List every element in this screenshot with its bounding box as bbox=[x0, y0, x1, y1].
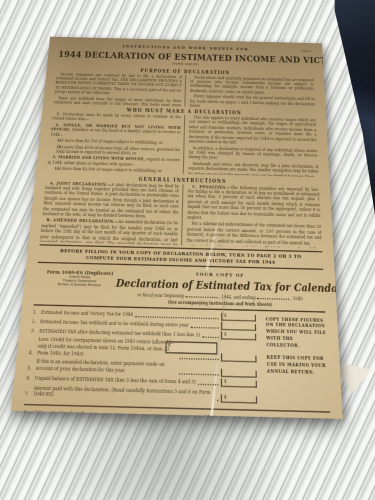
print-code: 16—32294-1 bbox=[22, 418, 331, 419]
fill-in-blank bbox=[185, 292, 217, 298]
item-body: For a substantial underestimate of the e… bbox=[187, 222, 322, 246]
general-columns: A. JOINT DECLARATION.—A joint declaratio… bbox=[40, 180, 322, 248]
page-number-label: Page 1 bbox=[302, 49, 312, 53]
lettered-item: A. JOINT DECLARATION.—A joint declaratio… bbox=[42, 180, 179, 220]
who-columns: 1. Declaration must be made by every cit… bbox=[47, 112, 319, 177]
paragraph: Every taxpayer should read the six gener… bbox=[190, 94, 316, 109]
currency-symbol: $ bbox=[224, 312, 227, 317]
dotted-leader bbox=[191, 324, 219, 329]
cents-rule bbox=[255, 397, 262, 404]
currency-symbol: $ bbox=[224, 395, 227, 401]
general-right-column: C. PENALTIES.—The following penalties ar… bbox=[181, 184, 322, 248]
fiscal-prefix: or fiscal year beginning bbox=[137, 292, 184, 298]
numbered-item: 2. SINGLE, OR MARRIED BUT NOT LIVING WIT… bbox=[50, 122, 181, 140]
general-left-column: A. JOINT DECLARATION.—A joint declaratio… bbox=[40, 180, 183, 244]
dotted-leader bbox=[179, 370, 219, 375]
fiscal-mid: , 1944, and ending bbox=[219, 294, 256, 300]
paragraph: Declarations and quarterly payments on e… bbox=[190, 75, 315, 96]
dotted-leader bbox=[198, 381, 218, 386]
cents-rule bbox=[254, 314, 261, 321]
item-body: (whether or not the head of a family), e… bbox=[50, 128, 180, 137]
currency-symbol: $ bbox=[224, 379, 227, 385]
document-header: INSTRUCTIONS AND WORK SHEETS FOR Page 1 … bbox=[57, 42, 313, 69]
amount-cell: $ bbox=[221, 394, 256, 404]
form-id-block: Form 1040-ES (Duplicate) United States T… bbox=[35, 267, 123, 288]
item-body: A joint declaration may be filed by husb… bbox=[42, 182, 179, 219]
item-body: more than $100 of income from all other … bbox=[56, 144, 180, 155]
form-line-label: Estimated Income and Victory Tax for 194… bbox=[41, 309, 134, 318]
tax-form-paper: INSTRUCTIONS AND WORK SHEETS FOR Page 1 … bbox=[11, 37, 343, 419]
form-title-block: YOUR COPY OF Declaration of Estimated Ta… bbox=[115, 268, 325, 308]
copy-figures-note: COPY THESE FIGURES ON THE DECLARATION WH… bbox=[266, 316, 327, 351]
form-header: Form 1040-ES (Duplicate) United States T… bbox=[34, 266, 325, 308]
inner-amount-box: $ bbox=[165, 340, 217, 354]
before-filling-notice: BEFORE FILLING IN YOUR COPY OF DECLARATI… bbox=[38, 244, 323, 270]
paragraph: For a substantial underestimate of the e… bbox=[187, 221, 322, 246]
dotted-leader bbox=[135, 313, 219, 319]
item-body: Declaration must be made by every citize… bbox=[52, 112, 181, 122]
ssn-blank bbox=[95, 409, 202, 417]
cents-rule bbox=[254, 334, 261, 341]
paragraph: Husbands and wives, not divorced, may fi… bbox=[188, 161, 319, 177]
paragraph: This rule applies to every individual wh… bbox=[189, 115, 317, 147]
paragraph: In addition, a declaration is required o… bbox=[188, 145, 317, 163]
amount-cell: $ bbox=[221, 379, 255, 388]
fill-in-blank bbox=[257, 294, 289, 300]
purpose-columns: Income taxpayers are required by law to … bbox=[54, 72, 316, 110]
photo-of-tax-document: INSTRUCTIONS AND WORK SHEETS FOR Page 1 … bbox=[0, 0, 375, 500]
amount-cell bbox=[221, 322, 254, 331]
paragraph: Income taxpayers are required by law to … bbox=[54, 72, 182, 98]
item-body: The following penalties are imposed by l… bbox=[187, 185, 320, 220]
ssn-label: Social Security Number, if any bbox=[23, 409, 93, 417]
cents-rule bbox=[255, 381, 262, 388]
cents-rule bbox=[255, 371, 262, 378]
form-lines: 1. Estimated Income and Victory Tax for … bbox=[24, 308, 263, 406]
who-right-column: This rule applies to every individual wh… bbox=[183, 115, 319, 177]
dotted-leader bbox=[179, 355, 218, 360]
purpose-left-column: Income taxpayers are required by law to … bbox=[54, 72, 186, 106]
dotted-leader bbox=[217, 397, 218, 401]
agency-line: Bureau of Internal Revenue bbox=[35, 282, 122, 288]
currency-symbol: $ bbox=[168, 342, 171, 348]
amount-cell bbox=[221, 353, 255, 362]
form-line-label: Less: Credit for overpayment shown on 19… bbox=[37, 337, 178, 360]
amount-cell: $ bbox=[221, 312, 254, 321]
currency-symbol: $ bbox=[224, 332, 227, 337]
fiscal-suffix: , 1945 bbox=[290, 296, 303, 302]
margin-notes: COPY THESE FIGURES ON THE DECLARATION WH… bbox=[261, 313, 330, 408]
cents-rule bbox=[255, 355, 262, 362]
form-body: 1. Estimated Income and Victory Tax for … bbox=[24, 304, 330, 407]
cents-rule bbox=[254, 324, 261, 331]
amount-cell: $ bbox=[221, 332, 254, 341]
dotted-leader bbox=[202, 334, 218, 338]
keep-copy-note: KEEP THIS COPY FOR USE IN MAKING YOUR AN… bbox=[267, 355, 329, 377]
item-body: more than $3,500 of wages subject to wit… bbox=[61, 167, 162, 174]
purpose-right-column: Declarations and quarterly payments on e… bbox=[184, 75, 315, 110]
name-blank bbox=[221, 412, 328, 419]
form-line-label: If this is an amended declaration, enter… bbox=[35, 359, 177, 376]
amount-cell bbox=[221, 369, 255, 378]
lettered-item: C. PENALTIES.—The following penalties ar… bbox=[187, 184, 321, 224]
who-left-column: 1. Declaration must be made by every cit… bbox=[47, 112, 184, 174]
form-line-label: Amount paid with this declaration. (Read… bbox=[33, 385, 215, 403]
